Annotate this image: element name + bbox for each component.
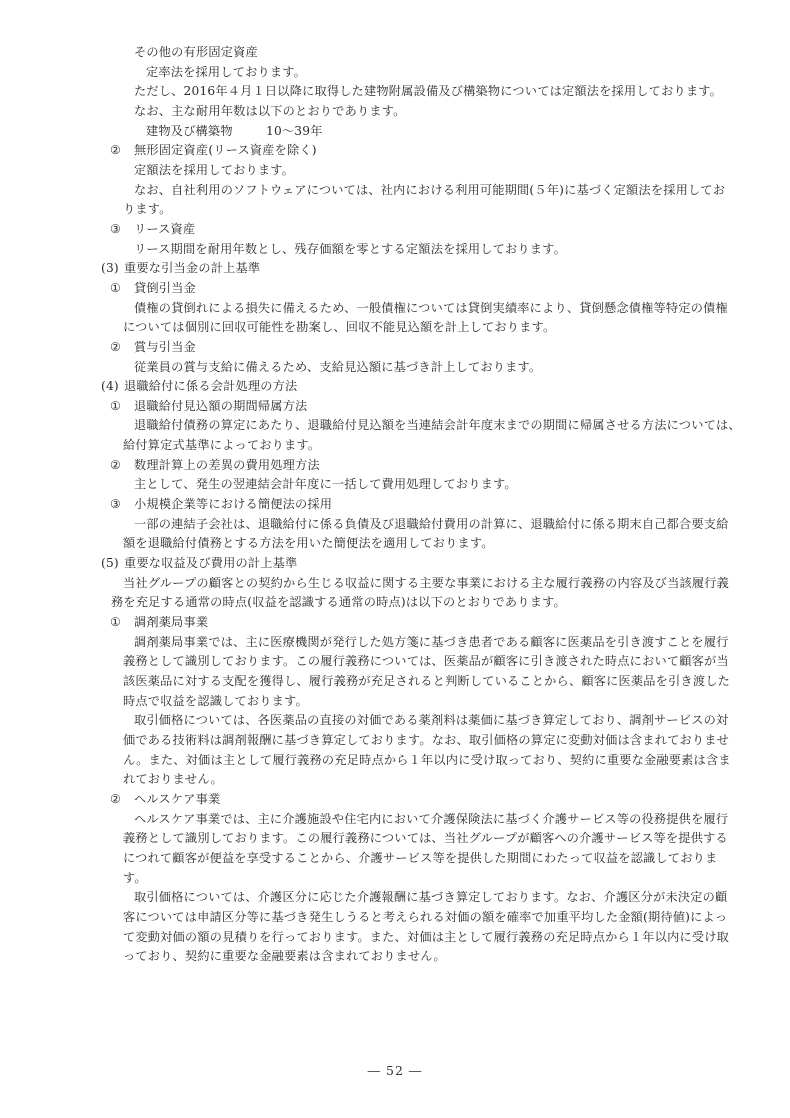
document-body: その他の有形固定資産 定率法を採用しております。 ただし、2016年４月１日以降…	[101, 43, 721, 967]
item-heading-pharmacy: ①調剤薬局事業	[101, 613, 721, 633]
item-number: ①	[110, 279, 134, 299]
item-number: ②	[110, 456, 134, 476]
section-title: 退職給付に係る会計処理の方法	[124, 379, 297, 393]
item-number: ①	[110, 613, 134, 633]
useful-life-label: 建物及び構築物	[146, 122, 266, 142]
section-heading-revenue-recognition: (5)重要な収益及び費用の計上基準	[101, 554, 721, 574]
text-line: 従業員の賞与支給に備えるため、支給見込額に基づき計上しております。	[101, 358, 721, 378]
item-title: 貸倒引当金	[134, 281, 196, 295]
item-title: 退職給付見込額の期間帰属方法	[134, 399, 307, 413]
text-line: 定率法を採用しております。	[101, 63, 721, 83]
item-number: ②	[110, 790, 134, 810]
item-title: 小規模企業等における簡便法の採用	[134, 497, 332, 511]
section-title: 重要な引当金の計上基準	[124, 261, 260, 275]
item-heading: ①貸倒引当金	[101, 279, 721, 299]
text-line: ります。	[101, 200, 721, 220]
section-number: (4)	[101, 377, 124, 397]
useful-life-row: 建物及び構築物10～39年	[101, 122, 721, 142]
item-heading: ②数理計算上の差異の費用処理方法	[101, 456, 721, 476]
item-heading: ③小規模企業等における簡便法の採用	[101, 495, 721, 515]
item-number: ③	[110, 495, 134, 515]
subheading-other-tangible-assets: その他の有形固定資産	[101, 43, 721, 63]
text-line: 取引価格については、各医薬品の直接の対価である薬剤料は薬価に基づき算定しており、…	[101, 711, 721, 731]
text-line: については個別に回収可能性を勘案し、回収不能見込額を計上しております。	[101, 318, 721, 338]
item-title: 賞与引当金	[134, 340, 196, 354]
text-line: につれて顧客が便益を享受することから、介護サービス等を提供した期間にわたって収益…	[101, 849, 721, 869]
section-title: 重要な収益及び費用の計上基準	[124, 556, 297, 570]
text-line: 義務として識別しております。この履行義務については、当社グループが顧客への介護サ…	[101, 829, 721, 849]
text-line: て変動対価の額の見積りを行っております。また、対価は主として履行義務の充足時点か…	[101, 928, 721, 948]
text-line: れておりません。	[101, 770, 721, 790]
text-line: っており、契約に重要な金融要素は含まれておりません。	[101, 947, 721, 967]
text-line: 該医薬品に対する支配を獲得し、履行義務が充足されると判断していることから、顧客に…	[101, 672, 721, 692]
item-title: ヘルスケア事業	[134, 792, 220, 806]
text-line: ただし、2016年４月１日以降に取得した建物附属設備及び構築物については定額法を…	[101, 82, 721, 102]
text-line: 調剤薬局事業では、主に医療機関が発行した処方箋に基づき患者である顧客に医薬品を引…	[101, 633, 721, 653]
text-line: 当社グループの顧客との契約から生じる収益に関する主要な事業における主な履行義務の…	[101, 574, 721, 594]
item-heading-healthcare: ②ヘルスケア事業	[101, 790, 721, 810]
text-line: リース期間を耐用年数とし、残存価額を零とする定額法を採用しております。	[101, 240, 721, 260]
text-line: 債権の貸倒れによる損失に備えるため、一般債権については貸倒実績率により、貸倒懸念…	[101, 299, 721, 319]
item-title: リース資産	[134, 222, 195, 236]
text-line: 務を充足する通常の時点(収益を認識する通常の時点)は以下のとおりであります。	[101, 593, 721, 613]
item-number: ①	[110, 397, 134, 417]
text-line: 客については申請区分等に基づき発生しうると考えられる対価の額を確率で加重平均した…	[101, 908, 721, 928]
text-line: ヘルスケア事業では、主に介護施設や住宅内において介護保険法に基づく介護サービス等…	[101, 810, 721, 830]
text-line: 額を退職給付債務とする方法を用いた簡便法を適用しております。	[101, 534, 721, 554]
item-heading: ①退職給付見込額の期間帰属方法	[101, 397, 721, 417]
text-line: 退職給付債務の算定にあたり、退職給付見込額を当連結会計年度末までの期間に帰属させ…	[101, 416, 721, 436]
item-number: ②	[110, 338, 134, 358]
text-line: 定額法を採用しております。	[101, 161, 721, 181]
item-number: ③	[110, 220, 134, 240]
item-number: ②	[110, 141, 134, 161]
text-line: 給付算定式基準によっております。	[101, 436, 721, 456]
section-number: (5)	[101, 554, 124, 574]
text-line: 主として、発生の翌連結会計年度に一括して費用処理しております。	[101, 475, 721, 495]
page-number: ― 52 ―	[0, 1063, 790, 1078]
item-title: 調剤薬局事業	[134, 615, 208, 629]
text-line: なお、主な耐用年数は以下のとおりであります。	[101, 102, 721, 122]
text-line: 価である技術料は調剤報酬に基づき算定しております。なお、取引価格の算定に変動対価…	[101, 731, 721, 751]
section-heading-retirement-benefits: (4)退職給付に係る会計処理の方法	[101, 377, 721, 397]
item-heading-intangible: ②無形固定資産(リース資産を除く)	[101, 141, 721, 161]
item-title: 無形固定資産(リース資産を除く)	[134, 143, 317, 157]
text-line: す。	[101, 869, 721, 889]
item-heading: ②賞与引当金	[101, 338, 721, 358]
document-page: その他の有形固定資産 定率法を採用しております。 ただし、2016年４月１日以降…	[0, 0, 790, 1118]
item-heading-lease: ③リース資産	[101, 220, 721, 240]
useful-life-value: 10～39年	[266, 124, 323, 138]
text-line: 時点で収益を認識しております。	[101, 692, 721, 712]
section-heading-allowances: (3)重要な引当金の計上基準	[101, 259, 721, 279]
text-line: 義務として識別しております。この履行義務については、医薬品が顧客に引き渡された時…	[101, 652, 721, 672]
item-title: 数理計算上の差異の費用処理方法	[134, 458, 320, 472]
text-line: ん。また、対価は主として履行義務の充足時点から１年以内に受け取っており、契約に重…	[101, 751, 721, 771]
text-line: 一部の連結子会社は、退職給付に係る負債及び退職給付費用の計算に、退職給付に係る期…	[101, 515, 721, 535]
section-number: (3)	[101, 259, 124, 279]
text-line: なお、自社利用のソフトウェアについては、社内における利用可能期間(５年)に基づく…	[101, 181, 721, 201]
text-line: 取引価格については、介護区分に応じた介護報酬に基づき算定しております。なお、介護…	[101, 888, 721, 908]
